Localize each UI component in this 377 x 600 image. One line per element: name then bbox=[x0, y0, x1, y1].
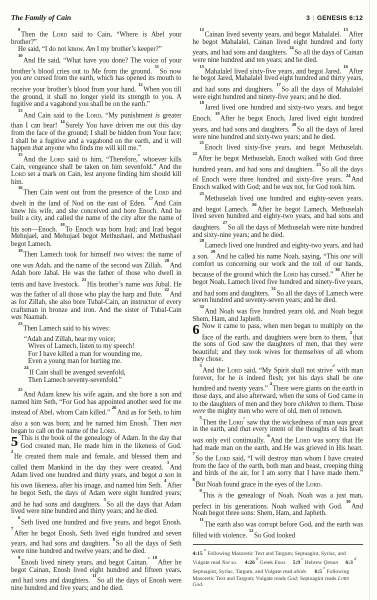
chapter-number-dropcap: 5 bbox=[11, 436, 18, 449]
poetry-line: Even a young man for hurting me. bbox=[24, 358, 182, 366]
verse-paragraph: 5Then the Lorde saw that the wickedness … bbox=[193, 416, 364, 489]
footnote-ref: 5:9 bbox=[293, 560, 300, 566]
verse-paragraph: 10And He said, “What have you done? The … bbox=[11, 54, 182, 109]
poetry-block: “Adah and Zillah, hear my voice;Wives of… bbox=[24, 336, 182, 384]
page-header: The Family of Cain 3|GENESIS 6:12 bbox=[0, 0, 377, 23]
verse-paragraph: 9This is the genealogy of Noah. Noah was… bbox=[193, 489, 364, 518]
verse-paragraph: 12Cainan lived seventy years, and begot … bbox=[193, 28, 364, 65]
verse-paragraph: 25And Adam knew his wife again, and she … bbox=[11, 388, 182, 435]
chapter-6-paragraph: 6Now it came to pass, when men began to … bbox=[193, 323, 364, 364]
verse-paragraph: 9Then the Lord said to Cain, “Where is A… bbox=[11, 28, 182, 46]
footnotes: 4:15 a Following Masoretic Text and Targ… bbox=[193, 545, 364, 589]
footnote-mark: b bbox=[256, 556, 258, 561]
poetry-line: 24If Cain shall be avenged sevenfold, bbox=[24, 366, 182, 377]
verse-paragraph: 19Then Lamech took for himself two wives… bbox=[11, 248, 182, 321]
verse-paragraph: 15And the Lord said to him, “Therefore,a… bbox=[11, 153, 182, 186]
footnote-ref: 6:3 bbox=[346, 560, 353, 566]
verse-paragraph: 18Jared lived one hundred and sixty-two … bbox=[193, 101, 364, 141]
verse-paragraph: 11The earth also was corrupt before God,… bbox=[193, 518, 364, 540]
running-head-reference: 3|GENESIS 6:12 bbox=[306, 15, 363, 22]
verse-paragraph: 25Methuselah lived one hundred and eight… bbox=[193, 192, 364, 239]
footnote: 5:9 c Hebrew Qenan bbox=[293, 560, 338, 566]
text-columns: 9Then the Lord said to Cain, “Where is A… bbox=[0, 23, 377, 592]
footnote-ref: 4:15 bbox=[193, 551, 203, 557]
column-left: 9Then the Lord said to Cain, “Where is A… bbox=[11, 28, 182, 592]
book-chapter-verse-reference: GENESIS 6:12 bbox=[317, 15, 363, 22]
verse-paragraph: 23Then Lamech said to his wives: bbox=[11, 322, 182, 333]
footnote-ref: 4:26 bbox=[245, 560, 255, 566]
poetry-line: Then Lamech seventy-sevenfold.” bbox=[24, 377, 182, 385]
chapter-number-dropcap: 6 bbox=[193, 324, 200, 337]
verse-paragraph: 6Seth lived one hundred and five years, … bbox=[11, 516, 182, 556]
poetry-line: Wives of Lamech, listen to my speech! bbox=[24, 343, 182, 351]
verse-paragraph: 21Enoch lived sixty-five years, and bego… bbox=[193, 141, 364, 192]
verse-paragraph: 9Enosh lived ninety years, and begot Cai… bbox=[11, 556, 182, 593]
footnote-mark: a bbox=[204, 547, 206, 552]
verse-paragraph: 16Then Cain went out from the presence o… bbox=[11, 186, 182, 248]
verse-paragraph: He said, “I do not know. Am I my brother… bbox=[11, 46, 182, 54]
bible-page: The Family of Cain 3|GENESIS 6:12 9Then … bbox=[0, 0, 377, 600]
verse-paragraph: 28Lamech lived one hundred and eighty-tw… bbox=[193, 239, 364, 305]
verse-paragraph: 13And Cain said to the Lord, “My punishm… bbox=[11, 109, 182, 153]
poetry-line: For I have killed a man for wounding me, bbox=[24, 351, 182, 359]
chapter-5-paragraph: 5This is the book of the genealogy of Ad… bbox=[11, 435, 182, 516]
footnote-mark: e bbox=[323, 565, 325, 570]
column-right-text: 12Cainan lived seventy years, and begot … bbox=[193, 28, 364, 539]
footnote: 4:26 b Greek Enos bbox=[245, 560, 286, 566]
header-separator: | bbox=[310, 15, 317, 22]
verse-paragraph: 15Mahalalel lived sixty-five years, and … bbox=[193, 65, 364, 102]
footnote-mark: c bbox=[302, 556, 304, 561]
column-right: 12Cainan lived seventy years, and begot … bbox=[193, 28, 364, 592]
footnote-ref: 6:5 bbox=[315, 569, 322, 575]
verse-paragraph: 3And the Lord said, “My Spirit shall not… bbox=[193, 364, 364, 416]
running-head-section-title: The Family of Cain bbox=[11, 13, 71, 22]
poetry-line: “Adah and Zillah, hear my voice; bbox=[24, 336, 182, 344]
verse-paragraph: 32And Noah was five hundred years old, a… bbox=[193, 305, 364, 323]
page-edge-line bbox=[369, 0, 370, 600]
footnote-mark: d bbox=[354, 556, 356, 561]
